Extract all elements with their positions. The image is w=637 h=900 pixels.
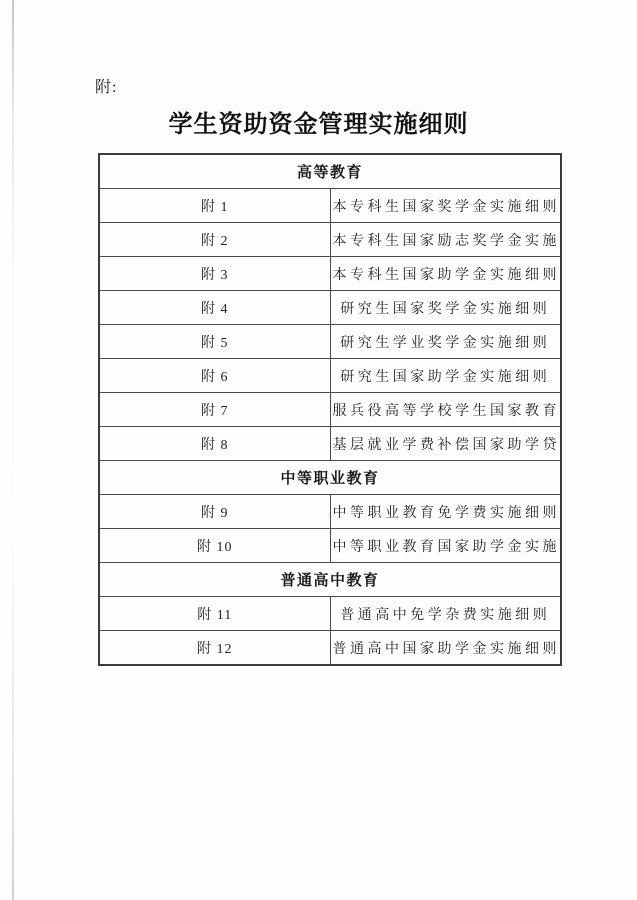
- attachment-number: 附 11: [99, 597, 330, 631]
- rule-name: 本专科生国家助学金实施细则: [330, 257, 561, 291]
- table-row: 附 2本专科生国家励志奖学金实施细则: [99, 223, 561, 257]
- attachment-number: 附 7: [99, 393, 330, 427]
- table-row: 附 12普通高中国家助学金实施细则: [99, 631, 561, 666]
- table-row: 附 11普通高中免学杂费实施细则: [99, 597, 561, 631]
- rule-name: 本专科生国家励志奖学金实施细则: [330, 223, 561, 257]
- rule-name: 普通高中免学杂费实施细则: [330, 597, 561, 631]
- attachment-number: 附 8: [99, 427, 330, 461]
- attachment-number: 附 4: [99, 291, 330, 325]
- table-row: 附 8基层就业学费补偿国家助学贷款代偿实施细则: [99, 427, 561, 461]
- section-header: 普通高中教育: [99, 563, 561, 597]
- section-header: 高等教育: [99, 154, 561, 189]
- section-header-row: 高等教育: [99, 154, 561, 189]
- page-title: 学生资助资金管理实施细则: [0, 104, 637, 139]
- rule-name: 中等职业教育国家助学金实施细则: [330, 529, 561, 563]
- rule-name: 服兵役高等学校学生国家教育资助实施细则: [330, 393, 561, 427]
- attachment-number: 附 2: [99, 223, 330, 257]
- rule-name: 普通高中国家助学金实施细则: [330, 631, 561, 666]
- rule-name: 中等职业教育免学费实施细则: [330, 495, 561, 529]
- table-row: 附 1本专科生国家奖学金实施细则: [99, 189, 561, 223]
- rule-name: 基层就业学费补偿国家助学贷款代偿实施细则: [330, 427, 561, 461]
- attachment-number: 附 10: [99, 529, 330, 563]
- rule-name: 研究生学业奖学金实施细则: [330, 325, 561, 359]
- attachment-number: 附 3: [99, 257, 330, 291]
- table-row: 附 6研究生国家助学金实施细则: [99, 359, 561, 393]
- table-row: 附 7服兵役高等学校学生国家教育资助实施细则: [99, 393, 561, 427]
- section-header-row: 中等职业教育: [99, 461, 561, 495]
- rule-name: 研究生国家奖学金实施细则: [330, 291, 561, 325]
- rules-table-body: 高等教育附 1本专科生国家奖学金实施细则附 2本专科生国家励志奖学金实施细则附 …: [99, 154, 561, 665]
- table-row: 附 10中等职业教育国家助学金实施细则: [99, 529, 561, 563]
- table-row: 附 9中等职业教育免学费实施细则: [99, 495, 561, 529]
- section-header: 中等职业教育: [99, 461, 561, 495]
- attachment-number: 附 1: [99, 189, 330, 223]
- attachment-label: 附:: [95, 74, 117, 97]
- attachment-number: 附 9: [99, 495, 330, 529]
- attachment-number: 附 5: [99, 325, 330, 359]
- rule-name: 研究生国家助学金实施细则: [330, 359, 561, 393]
- rules-table: 高等教育附 1本专科生国家奖学金实施细则附 2本专科生国家励志奖学金实施细则附 …: [98, 153, 562, 666]
- attachment-number: 附 12: [99, 631, 330, 666]
- table-row: 附 4研究生国家奖学金实施细则: [99, 291, 561, 325]
- table-row: 附 3本专科生国家助学金实施细则: [99, 257, 561, 291]
- table-row: 附 5研究生学业奖学金实施细则: [99, 325, 561, 359]
- attachment-number: 附 6: [99, 359, 330, 393]
- section-header-row: 普通高中教育: [99, 563, 561, 597]
- document-page: 附: 学生资助资金管理实施细则 高等教育附 1本专科生国家奖学金实施细则附 2本…: [0, 0, 637, 900]
- rule-name: 本专科生国家奖学金实施细则: [330, 189, 561, 223]
